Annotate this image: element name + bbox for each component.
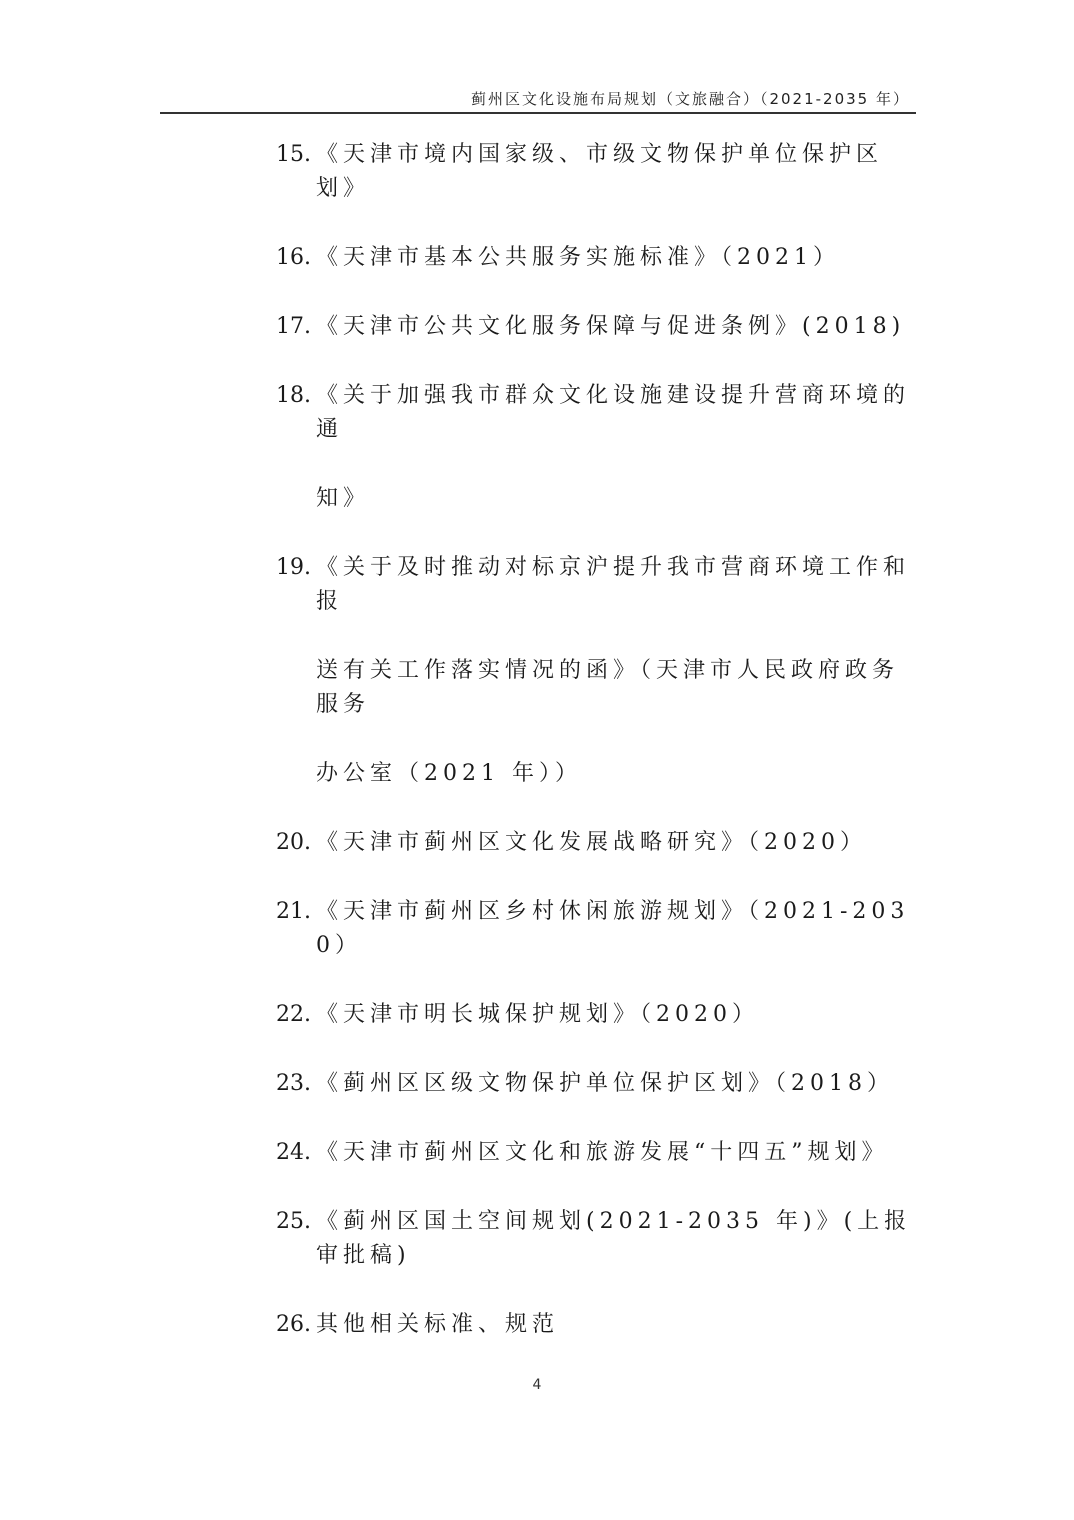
reference-number: 21.: [276, 895, 316, 963]
reference-number: 17.: [276, 310, 316, 344]
reference-item: 21. 《天津市蓟州区乡村休闲旅游规划》（2021-2030）: [276, 895, 916, 963]
reference-line: 送有关工作落实情况的函》（天津市人民政府政务服务: [316, 654, 916, 722]
reference-line: 知》: [316, 482, 916, 516]
reference-item: 20. 《天津市蓟州区文化发展战略研究》（2020）: [276, 826, 916, 860]
reference-text: 《天津市基本公共服务实施标准》（2021）: [316, 241, 916, 275]
reference-number: 22.: [276, 998, 316, 1032]
reference-item: 23. 《蓟州区区级文物保护单位保护区划》（2018）: [276, 1067, 916, 1101]
reference-item: 22. 《天津市明长城保护规划》（2020）: [276, 998, 916, 1032]
reference-text: 《天津市蓟州区文化和旅游发展“十四五”规划》: [316, 1136, 916, 1170]
reference-number: 25.: [276, 1205, 316, 1273]
reference-text: 《天津市蓟州区文化发展战略研究》（2020）: [316, 826, 916, 860]
page-number: 4: [0, 1377, 1074, 1393]
reference-number: 23.: [276, 1067, 316, 1101]
reference-item: 25. 《蓟州区国土空间规划(2021-2035 年)》(上报审批稿): [276, 1205, 916, 1273]
reference-number: 26.: [276, 1308, 316, 1342]
reference-number: 18.: [276, 379, 316, 516]
reference-text: 《天津市境内国家级、市级文物保护单位保护区划》: [316, 138, 916, 206]
reference-number: 20.: [276, 826, 316, 860]
reference-item: 15. 《天津市境内国家级、市级文物保护单位保护区划》: [276, 138, 916, 206]
reference-item: 16. 《天津市基本公共服务实施标准》（2021）: [276, 241, 916, 275]
reference-number: 19.: [276, 551, 316, 791]
reference-text: 《天津市公共文化服务保障与促进条例》(2018): [316, 310, 916, 344]
reference-text: 《天津市蓟州区乡村休闲旅游规划》（2021-2030）: [316, 895, 916, 963]
reference-text: 《关于加强我市群众文化设施建设提升营商环境的通 知》: [316, 379, 916, 516]
reference-number: 24.: [276, 1136, 316, 1170]
reference-item: 24. 《天津市蓟州区文化和旅游发展“十四五”规划》: [276, 1136, 916, 1170]
reference-text: 《蓟州区国土空间规划(2021-2035 年)》(上报审批稿): [316, 1205, 916, 1273]
page-header: 蓟州区文化设施布局规划（文旅融合）（2021-2035 年）: [160, 84, 916, 114]
reference-item: 18. 《关于加强我市群众文化设施建设提升营商环境的通 知》: [276, 379, 916, 516]
reference-text: 《蓟州区区级文物保护单位保护区划》（2018）: [316, 1067, 916, 1101]
reference-list: 15. 《天津市境内国家级、市级文物保护单位保护区划》 16. 《天津市基本公共…: [276, 138, 916, 1377]
reference-text: 《关于及时推动对标京沪提升我市营商环境工作和报 送有关工作落实情况的函》（天津市…: [316, 551, 916, 791]
header-title: 蓟州区文化设施布局规划（文旅融合）（2021-2035 年）: [471, 88, 910, 109]
reference-text: 《天津市明长城保护规划》（2020）: [316, 998, 916, 1032]
reference-number: 16.: [276, 241, 316, 275]
reference-text: 其他相关标准、规范: [316, 1308, 916, 1342]
reference-line: 《关于加强我市群众文化设施建设提升营商环境的通: [316, 379, 916, 447]
reference-line: 办公室（2021 年））: [316, 757, 916, 791]
reference-item: 17. 《天津市公共文化服务保障与促进条例》(2018): [276, 310, 916, 344]
reference-line: 《关于及时推动对标京沪提升我市营商环境工作和报: [316, 551, 916, 619]
reference-item: 26. 其他相关标准、规范: [276, 1308, 916, 1342]
reference-number: 15.: [276, 138, 316, 206]
reference-item: 19. 《关于及时推动对标京沪提升我市营商环境工作和报 送有关工作落实情况的函》…: [276, 551, 916, 791]
